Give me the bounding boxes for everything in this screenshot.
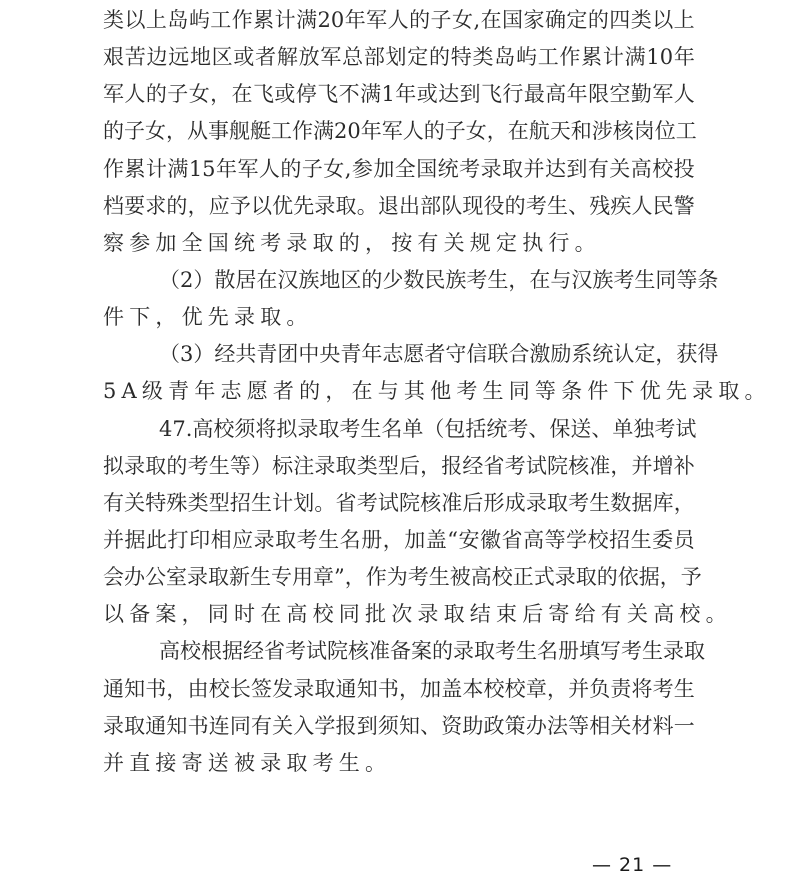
text-line: 档要求的，应予以优先录取。退出部队现役的考生、残疾人民警 bbox=[103, 188, 695, 225]
text-line: 军人的子女，在飞或停飞不满1年或达到飞行最高年限空勤军人 bbox=[103, 76, 695, 113]
paragraph-item-3: （3）经共青团中央青年志愿者守信联合激励系统认定，获得5A级青年志愿者的，在与其… bbox=[103, 336, 703, 410]
text-line: 会办公室录取新生专用章”，作为考生被高校正式录取的依据，予 bbox=[103, 559, 695, 596]
page-number: — 21 — bbox=[592, 854, 672, 876]
text-line: （3）经共青团中央青年志愿者守信联合激励系统认定，获得 bbox=[103, 336, 695, 373]
text-line: 通知书，由校长签发录取通知书，加盖本校校章，并负责将考生 bbox=[103, 671, 695, 708]
paragraph-item-2: （2）散居在汉族地区的少数民族考生，在与汉族考生同等条件下，优先录取。 bbox=[103, 262, 703, 336]
text-line: 的子女，从事舰艇工作满20年军人的子女，在航天和涉核岗位工 bbox=[103, 113, 695, 150]
text-line: 察参加全国统考录取的，按有关规定执行。 bbox=[103, 225, 695, 262]
document-body: 类以上岛屿工作累计满20年军人的子女,在国家确定的四类以上艰苦边远地区或者解放军… bbox=[103, 2, 703, 782]
text-line: 高校根据经省考试院核准备案的录取考生名册填写考生录取 bbox=[103, 633, 695, 670]
text-line: 5A级青年志愿者的，在与其他考生同等条件下优先录取。 bbox=[103, 373, 695, 410]
text-line: 作累计满15年军人的子女,参加全国统考录取并达到有关高校投 bbox=[103, 151, 695, 188]
text-line: 47. 高校须将拟录取考生名单（包括统考、保送、单独考试 bbox=[103, 411, 695, 448]
text-line: 并据此打印相应录取考生名册，加盖“安徽省高等学校招生委员 bbox=[103, 522, 695, 559]
text-line: 录取通知书连同有关入学报到须知、资助政策办法等相关材料一 bbox=[103, 708, 695, 745]
text-line: 以备案，同时在高校同批次录取结束后寄给有关高校。 bbox=[103, 596, 695, 633]
paragraph-article-47: 47. 高校须将拟录取考生名单（包括统考、保送、单独考试拟录取的考生等）标注录取… bbox=[103, 411, 703, 634]
text-line: 类以上岛屿工作累计满20年军人的子女,在国家确定的四类以上 bbox=[103, 2, 695, 39]
text-line: 拟录取的考生等）标注录取类型后，报经省考试院核准，并增补 bbox=[103, 448, 695, 485]
text-line: 艰苦边远地区或者解放军总部划定的特类岛屿工作累计满10年 bbox=[103, 39, 695, 76]
paragraph-notice: 高校根据经省考试院核准备案的录取考生名册填写考生录取通知书，由校长签发录取通知书… bbox=[103, 633, 703, 782]
text-line: 有关特殊类型招生计划。省考试院核准后形成录取考生数据库， bbox=[103, 485, 695, 522]
text-line: （2）散居在汉族地区的少数民族考生，在与汉族考生同等条 bbox=[103, 262, 695, 299]
text-line: 件下，优先录取。 bbox=[103, 299, 695, 336]
paragraph-continuation: 类以上岛屿工作累计满20年军人的子女,在国家确定的四类以上艰苦边远地区或者解放军… bbox=[103, 2, 703, 262]
document-page: 类以上岛屿工作累计满20年军人的子女,在国家确定的四类以上艰苦边远地区或者解放军… bbox=[0, 0, 800, 887]
text-line: 并直接寄送被录取考生。 bbox=[103, 745, 695, 782]
